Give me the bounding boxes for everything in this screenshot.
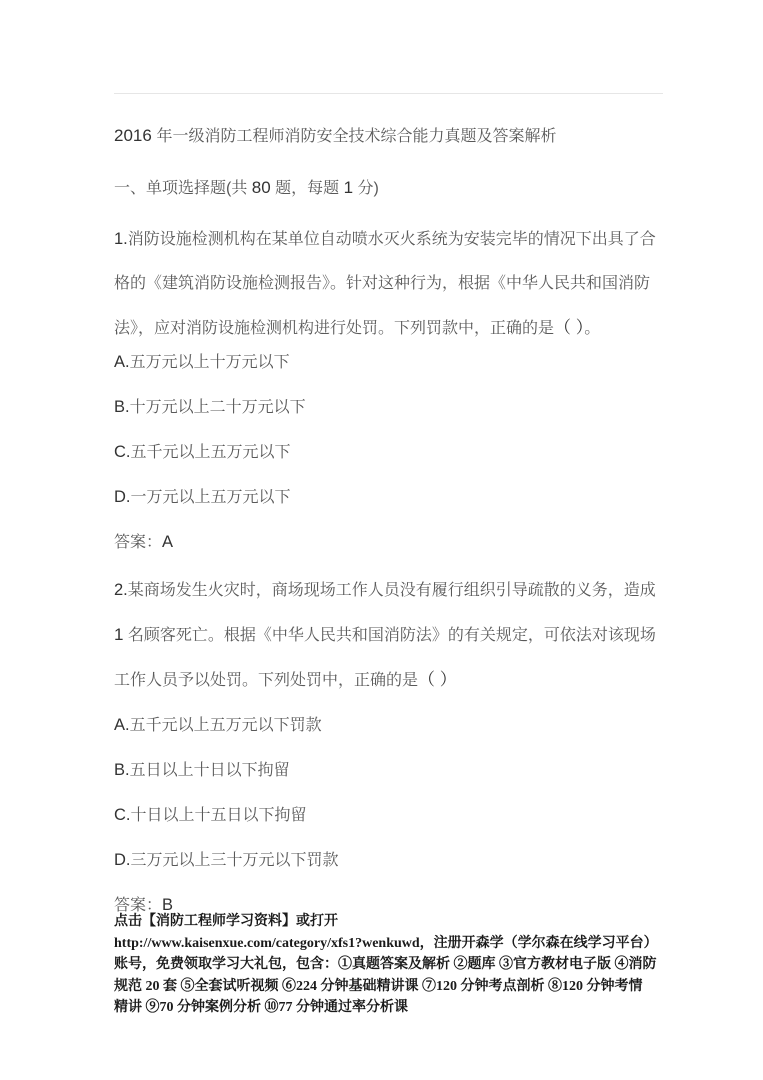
answer-row: 答案：A [114,520,663,565]
question-text: 1.消防设施检测机构在某单位自动喷水灭火系统为安装完毕的情况下出具了合格的《建筑… [114,217,663,351]
option-row: B.十万元以上二十万元以下 [114,385,663,430]
question-number: 2. [114,581,128,599]
option-label: D. [114,488,131,506]
footer-line-1: 点击【消防工程师学习资料】或打开 [114,911,663,933]
option-row: C.十日以上十五日以下拘留 [114,793,663,838]
footer-line-5: 精讲 ⑨70 分钟案例分析 ⑩77 分钟通过率分析课 [114,997,663,1019]
question-block-2: 2.某商场发生火灾时，商场现场工作人员没有履行组织引导疏散的义务，造成 1 名顾… [114,568,663,928]
option-label: B. [114,398,130,416]
footer-line-2-url: http://www.kaisenxue.com/category/xfs1?w… [114,933,663,955]
options-list: A.五万元以上十万元以下 B.十万元以上二十万元以下 C.五千元以上五万元以下 … [114,340,663,520]
option-label: B. [114,761,130,779]
answer-label: 答案： [114,534,162,551]
option-row: D.三万元以上三十万元以下罚款 [114,838,663,883]
option-label: C. [114,806,131,824]
option-row: C.五千元以上五万元以下 [114,430,663,475]
option-text: 一万元以上五万元以下 [131,489,291,506]
option-label: D. [114,851,131,869]
options-list: A.五千元以上五万元以下罚款 B.五日以上十日以下拘留 C.十日以上十五日以下拘… [114,703,663,883]
option-text: 五万元以上十万元以下 [130,354,290,371]
question-body: 某商场发生火灾时，商场现场工作人员没有履行组织引导疏散的义务，造成 1 名顾客死… [114,582,656,689]
option-row: A.五千元以上五万元以下罚款 [114,703,663,748]
option-row: D.一万元以上五万元以下 [114,475,663,520]
option-label: A. [114,353,130,371]
option-row: B.五日以上十日以下拘留 [114,748,663,793]
question-number: 1. [114,230,128,248]
footer-line-3: 账号，免费领取学习大礼包，包含：①真题答案及解析 ②题库 ③官方教材电子版 ④消… [114,954,663,976]
document-page: 2016 年一级消防工程师消防安全技术综合能力真题及答案解析 一、单项选择题(共… [0,0,763,1080]
answer-value: A [162,533,173,551]
option-text: 十日以上十五日以下拘留 [131,807,307,824]
option-label: C. [114,443,131,461]
option-text: 五千元以上五万元以下罚款 [130,717,322,734]
option-label: A. [114,716,130,734]
option-text: 三万元以上三十万元以下罚款 [131,852,339,869]
option-text: 十万元以上二十万元以下 [130,399,306,416]
question-block-1: 1.消防设施检测机构在某单位自动喷水灭火系统为安装完毕的情况下出具了合格的《建筑… [114,217,663,565]
page-title: 2016 年一级消防工程师消防安全技术综合能力真题及答案解析 [114,114,663,159]
question-text: 2.某商场发生火灾时，商场现场工作人员没有履行组织引导疏散的义务，造成 1 名顾… [114,568,663,703]
option-text: 五日以上十日以下拘留 [130,762,290,779]
document-content: 2016 年一级消防工程师消防安全技术综合能力真题及答案解析 一、单项选择题(共… [114,93,663,1019]
section-heading: 一、单项选择题(共 80 题，每题 1 分) [114,166,663,211]
footer-promo: 点击【消防工程师学习资料】或打开 http://www.kaisenxue.co… [114,911,663,1019]
footer-line-4: 规范 20 套 ⑤全套试听视频 ⑥224 分钟基础精讲课 ⑦120 分钟考点剖析… [114,976,663,998]
option-text: 五千元以上五万元以下 [131,444,291,461]
question-body: 消防设施检测机构在某单位自动喷水灭火系统为安装完毕的情况下出具了合格的《建筑消防… [114,231,656,337]
